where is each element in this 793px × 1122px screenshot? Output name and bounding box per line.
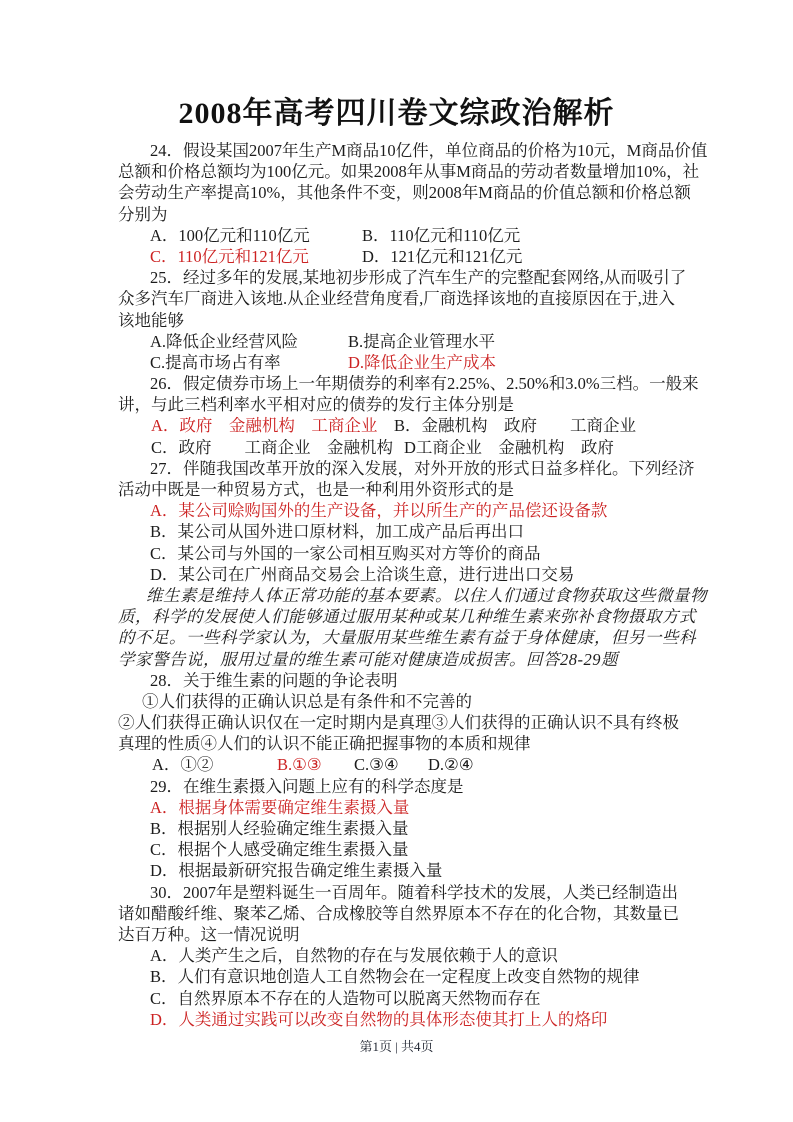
text-span: 真理的性质④人们的认识不能正确把握事物的本质和规律 (118, 733, 531, 754)
text-line: 29．在维生素摄入问题上应有的科学态度是 (118, 776, 680, 797)
text-span: B．110亿元和110亿元 (362, 225, 520, 246)
page-footer: 第1页 | 共4页 (0, 1036, 793, 1055)
text-span: 27．伴随我国改革开放的深入发展，对外开放的形式日益多样化。下列经济 (150, 458, 695, 479)
answer-text: A．政府 金融机构 工商企业 (151, 415, 377, 436)
text-line: 活动中既是一种贸易方式，也是一种利用外资形式的是 (118, 479, 680, 500)
text-span: 达百万种。这一情况说明 (118, 924, 300, 945)
text-line: 24．假设某国2007年生产M商品10亿件，单位商品的价格为10元，M商品价值 (118, 140, 680, 161)
text-span: 30．2007年是塑料诞生一百周年。随着科学技术的发展，人类已经制造出 (150, 882, 678, 903)
text-line: C．110亿元和121亿元D．121亿元和121亿元 (118, 246, 680, 267)
text-line: A．①②B.①③C.③④D.②④ (118, 754, 680, 775)
answer-text: B.①③ (277, 754, 322, 775)
text-line: C．政府 工商企业 金融机构D工商企业 金融机构 政府 (118, 437, 680, 458)
page-title: 2008年高考四川卷文综政治解析 (0, 92, 793, 136)
text-line: B．人们有意识地创造人工自然物会在一定程度上改变自然物的规律 (118, 966, 680, 987)
text-line: 会劳动生产率提高10%，其他条件不变，则2008年M商品的价值总额和价格总额 (118, 182, 680, 203)
text-line: 分别为 (118, 204, 680, 225)
text-line: 总额和价格总额均为100亿元。如果2008年从事M商品的劳动者数量增加10%，社 (118, 161, 680, 182)
text-span: D．根据最新研究报告确定维生素摄入量 (150, 860, 442, 881)
text-span: D．121亿元和121亿元 (362, 246, 522, 267)
text-span: B．根据别人经验确定维生素摄入量 (150, 818, 409, 839)
text-line: 28．关于维生素的问题的争论表明 (118, 670, 680, 691)
text-line: B．根据别人经验确定维生素摄入量 (118, 818, 680, 839)
answer-text: A．某公司赊购国外的生产设备，并以所生产的产品偿还设备款 (150, 500, 607, 521)
text-span: A.降低企业经营风险 (150, 331, 298, 352)
text-line: A．100亿元和110亿元B．110亿元和110亿元 (118, 225, 680, 246)
answer-text: D.降低企业生产成本 (348, 352, 496, 373)
text-span: 25．经过多年的发展,某地初步形成了汽车生产的完整配套网络,从而吸引了 (150, 267, 686, 288)
text-span: 讲，与此三档利率水平相对应的债券的发行主体分别是 (118, 394, 514, 415)
text-span: D.②④ (428, 754, 474, 775)
text-span: 该地能够 (118, 310, 184, 331)
answer-text: A．根据身体需要确定维生素摄入量 (150, 797, 409, 818)
answer-text: D．人类通过实践可以改变自然物的具体形态使其打上人的烙印 (150, 1009, 607, 1030)
text-span: 学家警告说，服用过量的维生素可能对健康造成损害。回答28-29题 (118, 649, 618, 670)
text-line: A．人类产生之后，自然物的存在与发展依赖于人的意识 (118, 945, 680, 966)
text-line: 30．2007年是塑料诞生一百周年。随着科学技术的发展，人类已经制造出 (118, 882, 680, 903)
text-line: C.提高市场占有率D.降低企业生产成本 (118, 352, 680, 373)
text-span: C．某公司与外国的一家公司相互购买对方等价的商品 (150, 543, 541, 564)
text-span: C．根据个人感受确定维生素摄入量 (150, 839, 409, 860)
text-line: D．根据最新研究报告确定维生素摄入量 (118, 860, 680, 881)
text-span: 质，科学的发展使人们能够通过服用某种或某几种维生素来弥补食物摄取方式 (118, 606, 696, 627)
text-span: 29．在维生素摄入问题上应有的科学态度是 (150, 776, 464, 797)
text-span: C.③④ (354, 754, 399, 775)
text-line: 讲，与此三档利率水平相对应的债券的发行主体分别是 (118, 394, 680, 415)
text-span: B.提高企业管理水平 (348, 331, 495, 352)
text-line: A．政府 金融机构 工商企业B．金融机构 政府 工商企业 (118, 415, 680, 436)
text-span: C．政府 工商企业 金融机构 (151, 437, 393, 458)
text-span: B．某公司从国外进口原材料，加工成产品后再出口 (150, 521, 524, 542)
answer-text: C．110亿元和121亿元 (150, 246, 309, 267)
text-line: A．某公司赊购国外的生产设备，并以所生产的产品偿还设备款 (118, 500, 680, 521)
text-span: 26．假定债券市场上一年期债券的利率有2.25%、2.50%和3.0%三档。一般… (150, 373, 699, 394)
text-line: 该地能够 (118, 310, 680, 331)
text-span: 的不足。一些科学家认为，大量服用某些维生素有益于身体健康，但另一些科 (118, 627, 696, 648)
text-span: 诸如醋酸纤维、聚苯乙烯、合成橡胶等自然界原本不存在的化合物，其数量已 (118, 903, 679, 924)
text-span: 总额和价格总额均为100亿元。如果2008年从事M商品的劳动者数量增加10%，社 (118, 161, 699, 182)
text-line: C．某公司与外国的一家公司相互购买对方等价的商品 (118, 543, 680, 564)
text-line: D．某公司在广州商品交易会上洽谈生意，进行进出口交易 (118, 564, 680, 585)
text-line: C．自然界原本不存在的人造物可以脱离天然物而存在 (118, 988, 680, 1009)
text-span: C．自然界原本不存在的人造物可以脱离天然物而存在 (150, 988, 541, 1009)
text-span: B．人们有意识地创造人工自然物会在一定程度上改变自然物的规律 (150, 966, 640, 987)
text-line: 诸如醋酸纤维、聚苯乙烯、合成橡胶等自然界原本不存在的化合物，其数量已 (118, 903, 680, 924)
text-line: 真理的性质④人们的认识不能正确把握事物的本质和规律 (118, 733, 680, 754)
text-span: 24．假设某国2007年生产M商品10亿件，单位商品的价格为10元，M商品价值 (150, 140, 707, 161)
text-span: ②人们获得正确认识仅在一定时期内是真理③人们获得的正确认识不具有终极 (118, 712, 679, 733)
text-line: C．根据个人感受确定维生素摄入量 (118, 839, 680, 860)
document-body: 24．假设某国2007年生产M商品10亿件，单位商品的价格为10元，M商品价值总… (118, 140, 680, 1030)
text-line: B．某公司从国外进口原材料，加工成产品后再出口 (118, 521, 680, 542)
text-span: D工商企业 金融机构 政府 (404, 437, 614, 458)
text-line: ②人们获得正确认识仅在一定时期内是真理③人们获得的正确认识不具有终极 (118, 712, 680, 733)
text-span: D．某公司在广州商品交易会上洽谈生意，进行进出口交易 (150, 564, 574, 585)
text-span: ①人们获得的正确认识总是有条件和不完善的 (142, 691, 472, 712)
passage-line: 维生素是维持人体正常功能的基本要素。以住人们通过食物获取这些微量物 (118, 585, 680, 606)
passage-line: 质，科学的发展使人们能够通过服用某种或某几种维生素来弥补食物摄取方式 (118, 606, 680, 627)
text-span: 活动中既是一种贸易方式，也是一种利用外资形式的是 (118, 479, 514, 500)
text-line: A.降低企业经营风险B.提高企业管理水平 (118, 331, 680, 352)
text-line: 达百万种。这一情况说明 (118, 924, 680, 945)
text-line: A．根据身体需要确定维生素摄入量 (118, 797, 680, 818)
text-line: ①人们获得的正确认识总是有条件和不完善的 (118, 691, 680, 712)
passage-line: 学家警告说，服用过量的维生素可能对健康造成损害。回答28-29题 (118, 649, 680, 670)
text-span: 分别为 (118, 204, 168, 225)
text-line: 26．假定债券市场上一年期债券的利率有2.25%、2.50%和3.0%三档。一般… (118, 373, 680, 394)
text-span: A．人类产生之后，自然物的存在与发展依赖于人的意识 (150, 945, 558, 966)
text-line: 25．经过多年的发展,某地初步形成了汽车生产的完整配套网络,从而吸引了 (118, 267, 680, 288)
text-span: 28．关于维生素的问题的争论表明 (150, 670, 398, 691)
text-span: 众多汽车厂商进入该地.从企业经营角度看,厂商选择该地的直接原因在于,进入 (118, 288, 675, 309)
text-line: D．人类通过实践可以改变自然物的具体形态使其打上人的烙印 (118, 1009, 680, 1030)
text-span: B．金融机构 政府 工商企业 (394, 415, 636, 436)
passage-line: 的不足。一些科学家认为，大量服用某些维生素有益于身体健康，但另一些科 (118, 627, 680, 648)
document-page: 2008年高考四川卷文综政治解析 24．假设某国2007年生产M商品10亿件，单… (0, 0, 793, 1122)
text-span: 会劳动生产率提高10%，其他条件不变，则2008年M商品的价值总额和价格总额 (118, 182, 691, 203)
text-span: C.提高市场占有率 (150, 352, 281, 373)
text-span: A．①② (152, 754, 213, 775)
text-line: 众多汽车厂商进入该地.从企业经营角度看,厂商选择该地的直接原因在于,进入 (118, 288, 680, 309)
text-span: 维生素是维持人体正常功能的基本要素。以住人们通过食物获取这些微量物 (146, 585, 707, 606)
text-span: A．100亿元和110亿元 (150, 225, 310, 246)
text-line: 27．伴随我国改革开放的深入发展，对外开放的形式日益多样化。下列经济 (118, 458, 680, 479)
